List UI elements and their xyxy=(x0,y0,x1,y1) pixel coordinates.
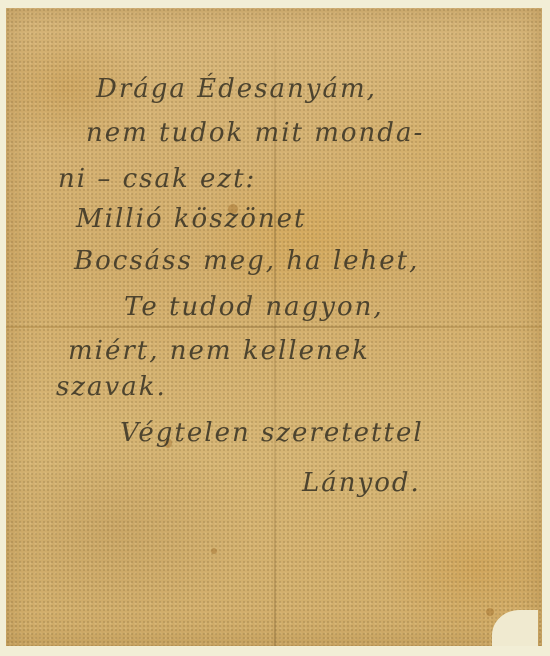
letter-line-4: Millió köszönet xyxy=(76,204,306,234)
letter-line-7: miért, nem kellenek xyxy=(68,336,370,366)
letter-line-6: Te tudod nagyon, xyxy=(124,292,384,322)
letter-paper: Drága Édesanyám, nem tudok mit monda- ni… xyxy=(6,8,542,646)
letter-line-2: nem tudok mit monda- xyxy=(86,118,424,148)
letter-line-9: Végtelen szeretettel xyxy=(120,418,424,448)
letter-line-5: Bocsáss meg, ha lehet, xyxy=(74,246,419,276)
handwritten-text: Drága Édesanyám, nem tudok mit monda- ni… xyxy=(6,8,542,646)
letter-signature: Lányod. xyxy=(302,468,421,498)
letter-line-3: ni – csak ezt: xyxy=(58,164,256,194)
letter-line-1: Drága Édesanyám, xyxy=(96,74,377,104)
letter-line-8: szavak. xyxy=(56,372,167,402)
